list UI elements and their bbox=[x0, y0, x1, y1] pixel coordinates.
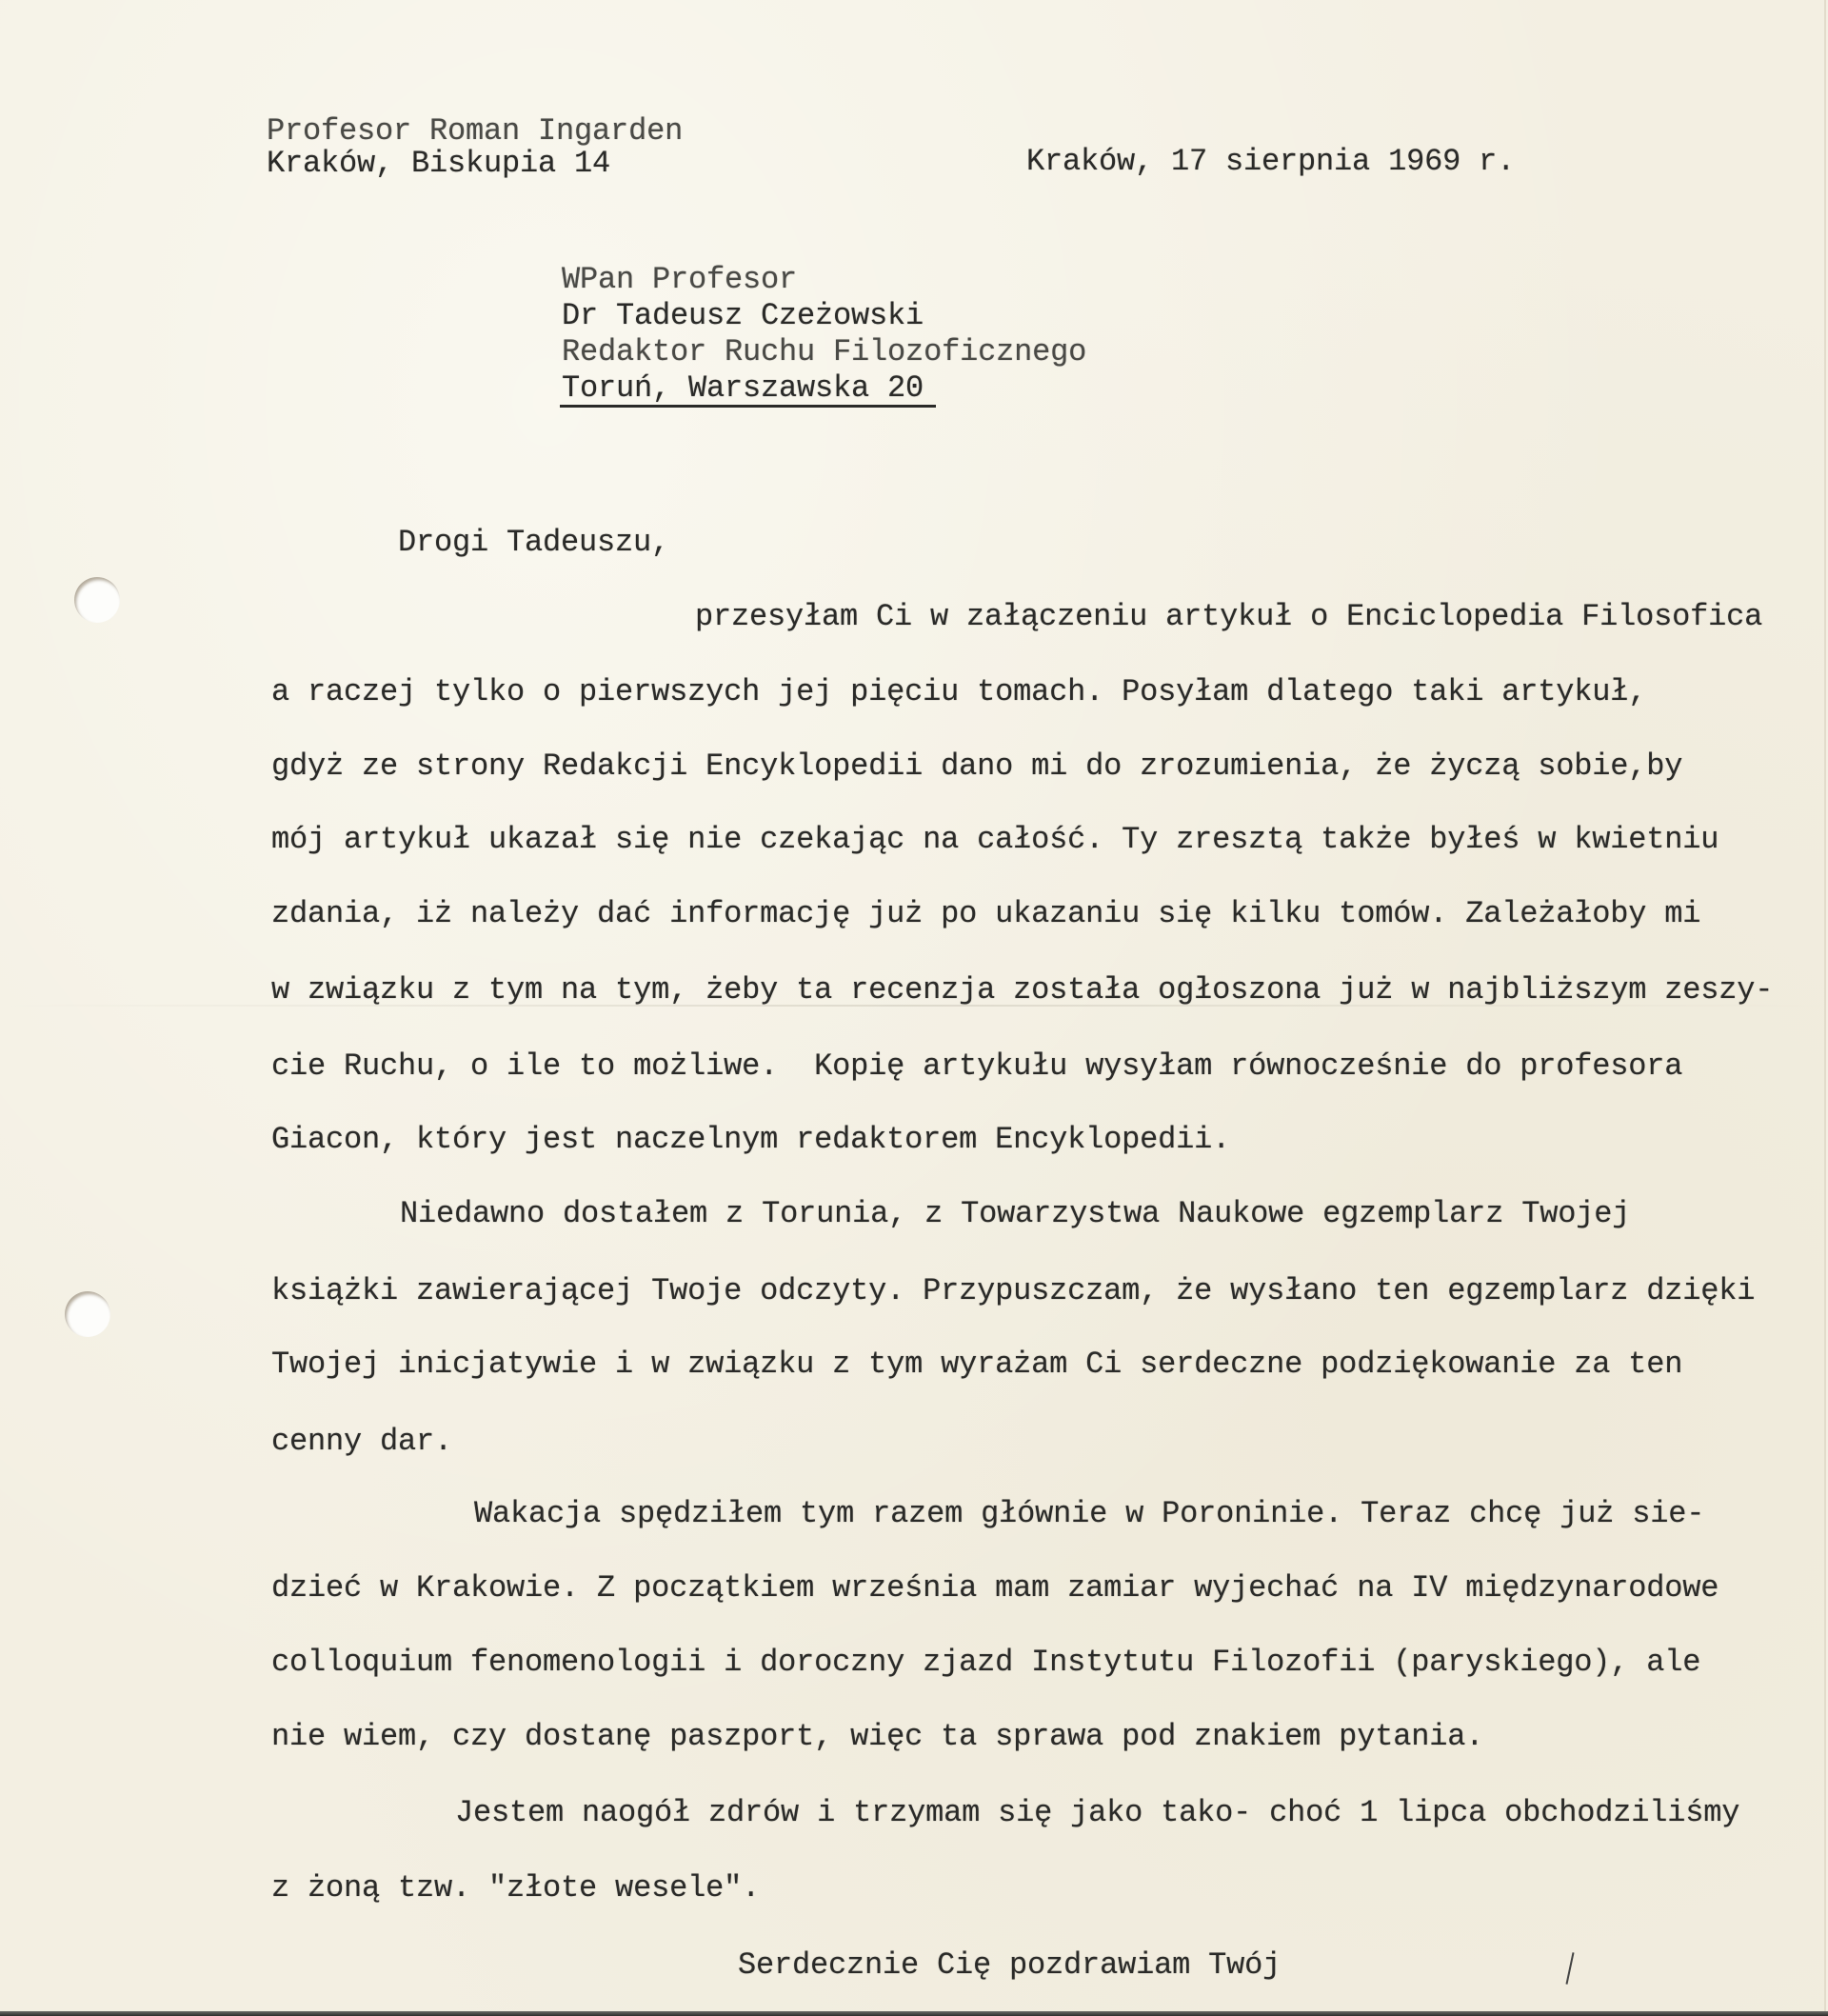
body-line: Niedawno dostałem z Torunia, z Towarzyst… bbox=[400, 1195, 1630, 1233]
body-line: zdania, iż należy dać informację już po … bbox=[271, 895, 1700, 933]
body-line: a raczej tylko o pierwszych jej pięciu t… bbox=[271, 673, 1646, 711]
address-underline bbox=[560, 405, 936, 408]
closing: Serdecznie Cię pozdrawiam Twój bbox=[738, 1946, 1281, 1985]
body-line: nie wiem, czy dostanę paszport, więc ta … bbox=[271, 1718, 1483, 1756]
pen-mark bbox=[1565, 1952, 1574, 1985]
body-line: mój artykuł ukazał się nie czekając na c… bbox=[271, 821, 1719, 859]
scan-bottom-edge bbox=[0, 2011, 1828, 2016]
body-line: Giacon, który jest naczelnym redaktorem … bbox=[271, 1121, 1230, 1159]
body-line: w związku z tym na tym, żeby ta recenzja… bbox=[271, 971, 1773, 1009]
body-line: Twojej inicjatywie i w związku z tym wyr… bbox=[271, 1346, 1682, 1384]
body-line: gdyż ze strony Redakcji Encyklopedii dan… bbox=[271, 748, 1682, 786]
recipient-role: Redaktor Ruchu Filozoficznego bbox=[562, 333, 1086, 371]
punch-hole-icon bbox=[65, 1291, 110, 1337]
letter-date: Kraków, 17 sierpnia 1969 r. bbox=[1026, 143, 1515, 181]
body-line: Wakacja spędziłem tym razem głównie w Po… bbox=[474, 1495, 1704, 1533]
punch-hole-icon bbox=[74, 577, 120, 623]
recipient-address: Toruń, Warszawska 20 bbox=[562, 369, 924, 408]
recipient-name: Dr Tadeusz Czeżowski bbox=[562, 297, 924, 335]
body-line: colloquium fenomenologii i doroczny zjaz… bbox=[271, 1644, 1700, 1682]
body-line: z żoną tzw. "złote wesele". bbox=[271, 1869, 760, 1907]
letter-page: Profesor Roman Ingarden Kraków, Biskupia… bbox=[0, 0, 1826, 2011]
sender-address: Kraków, Biskupia 14 bbox=[267, 145, 610, 183]
body-line: książki zawierającej Twoje odczyty. Przy… bbox=[271, 1272, 1755, 1310]
body-line: cie Ruchu, o ile to możliwe. Kopię artyk… bbox=[271, 1048, 1682, 1086]
salutation: Drogi Tadeuszu, bbox=[398, 524, 669, 562]
body-line: przesyłam Ci w załączeniu artykuł o Enci… bbox=[695, 598, 1762, 636]
recipient-title: WPan Profesor bbox=[562, 261, 797, 299]
body-line: dzieć w Krakowie. Z początkiem września … bbox=[271, 1569, 1719, 1607]
body-line: cenny dar. bbox=[271, 1423, 452, 1461]
body-line: Jestem naogół zdrów i trzymam się jako t… bbox=[455, 1794, 1739, 1832]
